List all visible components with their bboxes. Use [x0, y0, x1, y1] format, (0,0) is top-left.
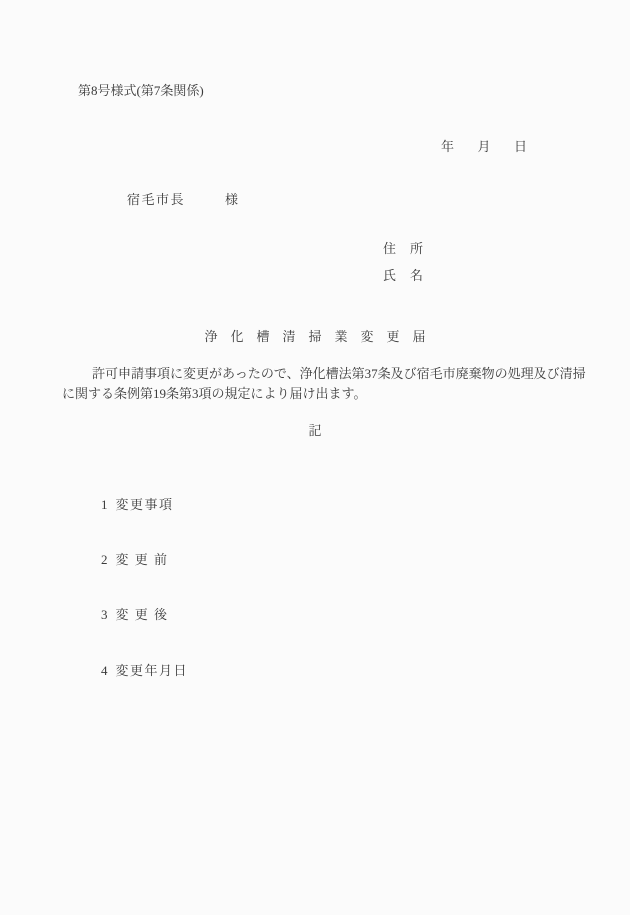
addressee-name: 宿毛市長 — [127, 192, 185, 207]
item-number: 3 — [101, 607, 108, 622]
item-label-after-change: 変 更 後 — [116, 607, 169, 622]
date-year-label: 年 — [441, 140, 454, 155]
ki-marker: 記 — [0, 424, 630, 439]
item-number: 2 — [101, 552, 108, 567]
document-title: 浄 化 槽 清 掃 業 変 更 届 — [0, 330, 630, 345]
item-number: 4 — [101, 663, 108, 678]
addressee-line: 宿毛市長様 — [108, 178, 240, 223]
list-item: 4変更年月日 — [88, 649, 188, 694]
item-label-change-details: 変更事項 — [116, 497, 174, 512]
date-month-label: 月 — [477, 140, 490, 155]
item-number: 1 — [101, 497, 108, 512]
date-day-label: 日 — [514, 140, 527, 155]
body-text-line-2: に関する条例第19条第3項の規定により届け出ます。 — [62, 387, 366, 402]
item-label-change-date: 変更年月日 — [116, 663, 189, 678]
submitter-name-label: 氏 名 — [383, 269, 424, 284]
submitter-address-label: 住 所 — [383, 242, 424, 257]
body-text-line-1: 許可申請事項に変更があったので、浄化槽法第37条及び宿毛市廃棄物の処理及び清掃 — [92, 367, 586, 382]
list-item: 1変更事項 — [88, 483, 174, 528]
document-page: 第8号様式(第7条関係) 年 月 日 宿毛市長様 住 所 氏 名 浄 化 槽 清… — [0, 0, 630, 915]
form-number: 第8号様式(第7条関係) — [78, 84, 204, 99]
item-label-before-change: 変 更 前 — [116, 552, 169, 567]
list-item: 2変 更 前 — [88, 538, 169, 583]
date-line: 年 月 日 — [441, 140, 527, 155]
list-item: 3変 更 後 — [88, 593, 169, 638]
addressee-honorific: 様 — [225, 192, 240, 207]
